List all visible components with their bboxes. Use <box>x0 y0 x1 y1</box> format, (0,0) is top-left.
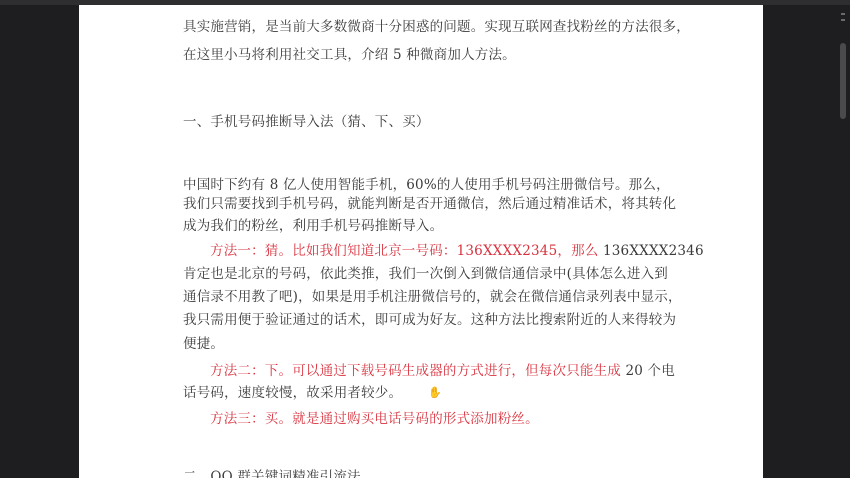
method2-red-text: 方法二：下。可以通过下载号码生成器的方式进行，但每次只能生成 <box>210 363 621 379</box>
method1-line: 方法一：猜。比如我们知道北京一号码：136XXXX2345，那么 136XXXX… <box>210 239 704 259</box>
method1-cont-4: 便捷。 <box>183 332 224 352</box>
vertical-scrollbar[interactable] <box>838 5 848 478</box>
method1-cont-1: 肯定也是北京的号码，依此类推，我们一次倒入到微信通信录中(具体怎么进入到 <box>183 262 668 282</box>
scroll-thumb[interactable] <box>840 43 846 119</box>
hand-grab-icon: ✋ <box>428 386 440 399</box>
method3-line: 方法三：买。就是通过购买电话号码的形式添加粉丝。 <box>210 407 539 427</box>
section1-para-line-3: 成为我们的粉丝，利用手机号码推断导入。 <box>183 214 443 234</box>
method1-red-text: 方法一：猜。比如我们知道北京一号码：136XXXX2345，那么 <box>210 243 598 259</box>
method2-cont-1: 话号码，速度较慢，故采用者较少。 <box>183 381 402 401</box>
scroll-up-arrow-icon[interactable] <box>841 13 845 15</box>
method1-cont-3: 我只需用便于验证通过的话术，即可成为好友。这种方法比搜索附近的人来得较为 <box>183 308 676 328</box>
section1-heading: 一、手机号码推断导入法（猜、下、买） <box>183 110 430 130</box>
section2-heading: 二、QQ 群关键词精准引流法。 <box>183 465 374 478</box>
method1-cont-2: 通信录不用教了吧)，如果是用手机注册微信号的，就会在微信通信录列表中显示， <box>183 285 682 305</box>
scroll-up-arrow-icon-2[interactable] <box>841 19 845 21</box>
intro-line-1: 具实施营销，是当前大多数微商十分困惑的问题。实现互联网查找粉丝的方法很多， <box>183 15 690 35</box>
section1-para-line-2: 我们只需要找到手机号码，就能判断是否开通微信，然后通过精准话术，将其转化 <box>183 192 676 212</box>
method2-black-tail: 20 个电 <box>621 363 675 379</box>
intro-line-2: 在这里小马将利用社交工具，介绍 5 种微商加人方法。 <box>183 43 516 63</box>
section1-para-line-1: 中国时下约有 8 亿人使用智能手机，60%的人使用手机号码注册微信号。那么， <box>183 173 670 193</box>
method1-black-tail: 136XXXX2346 <box>598 243 703 259</box>
document-page: 具实施营销，是当前大多数微商十分困惑的问题。实现互联网查找粉丝的方法很多， 在这… <box>79 5 763 478</box>
method2-line: 方法二：下。可以通过下载号码生成器的方式进行，但每次只能生成 20 个电 <box>210 359 675 379</box>
